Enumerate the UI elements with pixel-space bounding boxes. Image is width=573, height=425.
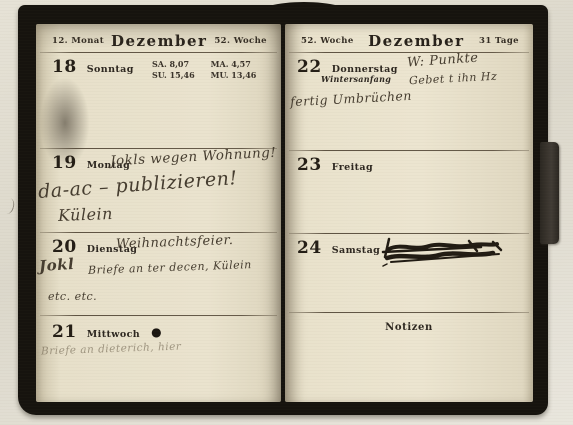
handwritten-note: Jokl: [38, 255, 74, 275]
book-spine-top-edge: [256, 2, 352, 16]
sunrise-time: SA. 8,07: [152, 59, 195, 69]
right-page-header: 52. Woche Dezember 31 Tage: [285, 24, 533, 52]
weekday-name: Sonntag: [87, 64, 134, 75]
day-number: 18: [52, 57, 77, 77]
day-row-22: 22 Donnerstag Wintersanfang W: Punkte Ge…: [285, 52, 533, 150]
weekday-name: Samstag: [332, 245, 380, 256]
month-name: Dezember: [368, 32, 464, 50]
left-page: 12. Monat Dezember 52. Woche 18 Sonntag …: [36, 24, 281, 402]
day-number: 19: [52, 153, 77, 173]
day-number: 22: [297, 57, 322, 77]
day-row-21: 21 Mittwoch ● Briefe an dieterich, hier: [36, 315, 281, 402]
sunset-time: SU. 15,46: [152, 70, 195, 80]
handwritten-note: Jokls wegen Wohnung!: [110, 145, 277, 170]
handwritten-note: etc. etc.: [48, 290, 97, 303]
weekday-name: Mittwoch: [87, 329, 140, 340]
day-number: 23: [297, 155, 322, 175]
sun-moon-times: SA. 8,07 MA. 4,57 SU. 15,46 MU. 13,46: [152, 59, 256, 80]
notes-section: Notizen: [285, 312, 533, 402]
day-row-20: 20 Dienstag Weihnachtsfeier. Jokl Briefe…: [36, 232, 281, 315]
page-marker-tab: [540, 142, 559, 244]
week-number-label: 52. Woche: [214, 36, 267, 46]
winter-solstice-label: Wintersanfang: [321, 74, 391, 84]
crossed-out-scribble: [381, 235, 511, 271]
day-row-18: 18 Sonntag SA. 8,07 MA. 4,57 SU. 15,46 M…: [36, 52, 281, 148]
handwritten-note: fertig Umbrüchen: [290, 88, 413, 109]
handwritten-note: Briefe an ter decen, Külein: [88, 258, 252, 277]
new-moon-icon: ●: [151, 325, 161, 339]
day-number: 24: [297, 238, 322, 258]
month-name: Dezember: [111, 32, 207, 50]
right-page: 52. Woche Dezember 31 Tage 22 Donnerstag…: [285, 24, 533, 402]
day-number: 21: [52, 322, 77, 342]
month-number-label: 12. Monat: [52, 36, 104, 46]
handwritten-note: Gebet t ihn Hz: [409, 70, 498, 88]
day-row-19: 19 Montag Jokls wegen Wohnung! da-ac – p…: [36, 148, 281, 232]
weekday-name: Freitag: [332, 162, 373, 173]
day-row-24: 24 Samstag: [285, 233, 533, 312]
left-page-header: 12. Monat Dezember 52. Woche: [36, 24, 281, 52]
notes-section-label: Notizen: [285, 322, 533, 333]
handwritten-note: Külein: [58, 204, 114, 225]
photo-of-diary: 12. Monat Dezember 52. Woche 18 Sonntag …: [0, 0, 573, 425]
handwritten-note: W: Punkte: [407, 51, 479, 71]
moonset-time: MU. 13,46: [211, 70, 257, 80]
margin-pencil-mark: [1, 197, 16, 215]
week-number-label: 52. Woche: [301, 36, 354, 46]
moonrise-time: MA. 4,57: [211, 59, 257, 69]
handwritten-note: Briefe an dieterich, hier: [41, 341, 182, 358]
day-row-23: 23 Freitag: [285, 150, 533, 233]
days-in-month-label: 31 Tage: [479, 36, 519, 46]
handwritten-note: Weihnachtsfeier.: [116, 233, 234, 252]
